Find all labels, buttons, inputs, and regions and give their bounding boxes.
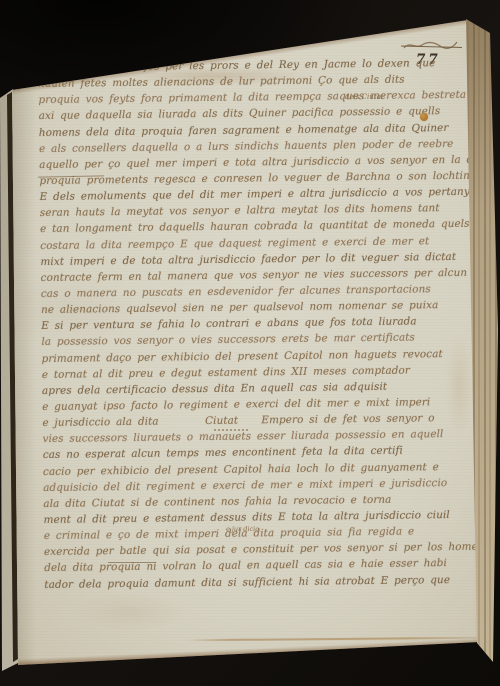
bottom-edge-shadow (18, 638, 480, 665)
interline-note: e jur dicio (226, 525, 259, 533)
ink-underline (108, 562, 156, 563)
interline-note: dels Ciutat (345, 93, 384, 101)
ink-scribble (214, 429, 248, 431)
manuscript-text-block: del poder dez Naufes per les prors e del… (38, 57, 477, 602)
book-photo-background: 77 uy del poder dez Naufes per les prors… (0, 0, 500, 686)
ink-blot (420, 113, 428, 121)
manuscript-page: 77 uy del poder dez Naufes per les prors… (0, 0, 500, 686)
